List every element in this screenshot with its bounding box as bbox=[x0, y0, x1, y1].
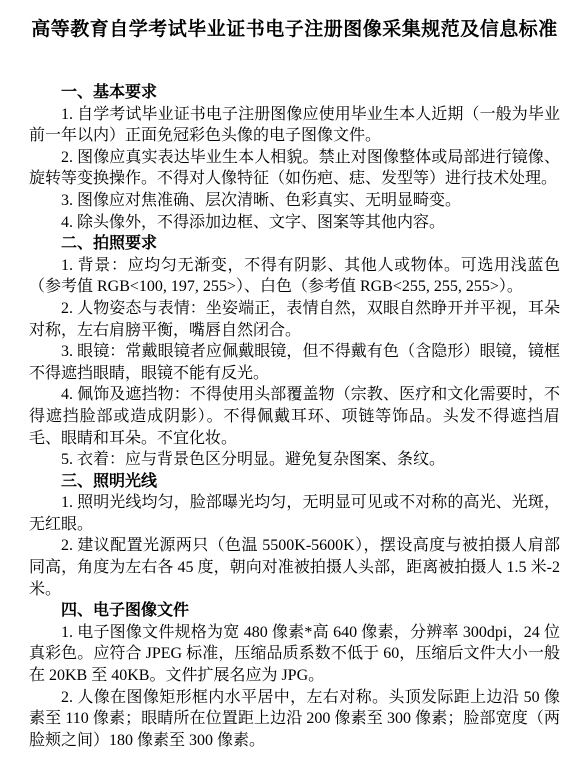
paragraph: 2. 图像应真实表达毕业生本人相貌。禁止对图像整体或局部进行镜像、旋转等变换操作… bbox=[29, 147, 560, 190]
paragraph: 3. 眼镜：常戴眼镜者应佩戴眼镜，但不得戴有色（含隐形）眼镜，镜框不得遮挡眼睛，… bbox=[29, 341, 560, 384]
paragraph: 4. 佩饰及遮挡物：不得使用头部覆盖物（宗教、医疗和文化需要时，不得遮挡脸部或造… bbox=[29, 384, 560, 449]
paragraph: 2. 人像在图像矩形框内水平居中，左右对称。头顶发际距上边沿 50 像素至 11… bbox=[29, 687, 560, 752]
paragraph: 3. 图像应对焦准确、层次清晰、色彩真实、无明显畸变。 bbox=[29, 190, 560, 212]
paragraph: 4. 除头像外，不得添加边框、文字、图案等其他内容。 bbox=[29, 212, 560, 234]
paragraph: 1. 照明光线均匀，脸部曝光均匀，无明显可见或不对称的高光、光斑，无红眼。 bbox=[29, 492, 560, 535]
section-electronic-image-file: 四、电子图像文件 1. 电子图像文件规格为宽 480 像素*高 640 像素，分… bbox=[29, 600, 560, 751]
section-heading-lighting: 三、照明光线 bbox=[29, 471, 560, 493]
paragraph: 5. 衣着：应与背景色区分明显。避免复杂图案、条纹。 bbox=[29, 449, 560, 471]
section-heading-basic-requirements: 一、基本要求 bbox=[29, 82, 560, 104]
section-heading-photo-requirements: 二、拍照要求 bbox=[29, 233, 560, 255]
paragraph: 1. 自学考试毕业证书电子注册图像应使用毕业生本人近期（一般为毕业前一年以内）正… bbox=[29, 104, 560, 147]
document-body: 一、基本要求 1. 自学考试毕业证书电子注册图像应使用毕业生本人近期（一般为毕业… bbox=[29, 82, 560, 751]
section-basic-requirements: 一、基本要求 1. 自学考试毕业证书电子注册图像应使用毕业生本人近期（一般为毕业… bbox=[29, 82, 560, 233]
section-heading-electronic-image-file: 四、电子图像文件 bbox=[29, 600, 560, 622]
paragraph: 1. 背景：应均匀无渐变，不得有阴影、其他人或物体。可选用浅蓝色（参考值 RGB… bbox=[29, 255, 560, 298]
paragraph: 2. 人物姿态与表情：坐姿端正，表情自然，双眼自然睁开并平视，耳朵对称，左右肩膀… bbox=[29, 298, 560, 341]
section-lighting: 三、照明光线 1. 照明光线均匀，脸部曝光均匀，无明显可见或不对称的高光、光斑，… bbox=[29, 471, 560, 601]
paragraph: 2. 建议配置光源两只（色温 5500K-5600K），摆设高度与被拍摄人肩部同… bbox=[29, 535, 560, 600]
paragraph: 1. 电子图像文件规格为宽 480 像素*高 640 像素，分辨率 300dpi… bbox=[29, 622, 560, 687]
document-title: 高等教育自学考试毕业证书电子注册图像采集规范及信息标准 bbox=[29, 16, 560, 44]
document-page: 高等教育自学考试毕业证书电子注册图像采集规范及信息标准 一、基本要求 1. 自学… bbox=[0, 0, 588, 764]
section-photo-requirements: 二、拍照要求 1. 背景：应均匀无渐变，不得有阴影、其他人或物体。可选用浅蓝色（… bbox=[29, 233, 560, 471]
